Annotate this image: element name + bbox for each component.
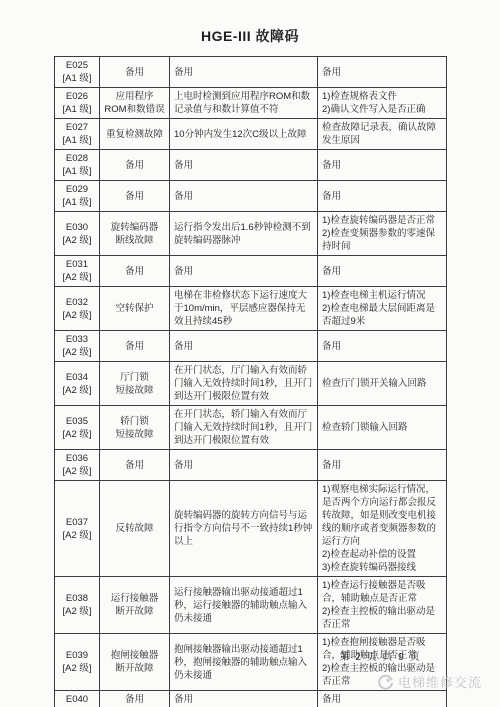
watermark-text: 电梯维修交流 (398, 672, 482, 691)
fault-code: E027 (56, 121, 98, 134)
fault-level: [A2 级] (56, 271, 98, 284)
fault-solution-cell: 备用 (318, 691, 447, 707)
fault-desc-cell: 电梯在非检修状态下运行速度大于10m/min，平层感应器保持无效且持续45秒 (170, 287, 318, 331)
fault-desc-cell: 备用 (170, 331, 318, 362)
table-row: E026 [A1 级] 应用程序 ROM和数错误 上电时检测到应用程序ROM和数… (55, 88, 447, 119)
fault-solution-cell: 1)检查电梯主机运行情况 2)检查电梯最大层间距离是否超过9米 (318, 287, 447, 331)
table-row: E030 [A2 级] 旋转编码器 断线故障 运行指令发出后1.6秒钟检测不到旋… (55, 212, 447, 256)
fault-name-cell: 运行接触器 断开故障 (100, 577, 170, 634)
fault-code-cell: E031 [A2 级] (55, 256, 100, 287)
fault-solution-cell: 检查轿门锁输入回路 (318, 406, 447, 450)
fault-code: E034 (56, 371, 98, 384)
fault-desc-cell: 上电时检测到应用程序ROM和数记录值与和数计算值不符 (170, 88, 318, 119)
fault-code-cell: E039 [A2 级] (55, 634, 100, 691)
fault-name-cell: 厅门锁 短接故障 (100, 362, 170, 406)
fault-code: E040 (56, 693, 98, 706)
fault-solution-cell: 1)检查旋转编码器是否正常 2)检查变频器参数的零速保持时间 (318, 212, 447, 256)
fault-code: E039 (56, 649, 98, 662)
fault-solution-cell: 备用 (318, 256, 447, 287)
fault-desc-cell: 在开门状态，轿门输入有效而厅门输入无效持续时间1秒，且开门到达开门极限位置有效 (170, 406, 318, 450)
fault-level: [A2 级] (56, 428, 98, 441)
fault-solution-cell: 1)检查规格表文件 2)确认文件写入是否正确 (318, 88, 447, 119)
fault-name-cell: 备用 (100, 256, 170, 287)
fault-code-cell: E029 [A1 级] (55, 181, 100, 212)
table-row: E035 [A2 级] 轿门锁 短接故障 在开门状态，轿门输入有效而厅门输入无效… (55, 406, 447, 450)
fault-solution-cell: 备用 (318, 181, 447, 212)
fault-name-cell: 抱闸接触器 断开故障 (100, 634, 170, 691)
fault-code-cell: E036 [A2 级] (55, 450, 100, 481)
fault-level: [A1 级] (56, 103, 98, 116)
fault-solution-cell: 检查厅门锁开关输入回路 (318, 362, 447, 406)
fault-name-cell: 备用 (100, 57, 170, 88)
fault-desc-cell: 旋转编码器的旋转方向信号与运行指令方向信号不一致持续1秒钟以上 (170, 481, 318, 577)
table-row: E025 [A1 级] 备用 备用 备用 (55, 57, 447, 88)
fault-level: [A2 级] (56, 384, 98, 397)
table-row: E040 备用 备用 备用 (55, 691, 447, 707)
fault-code-cell: E038 [A2 级] (55, 577, 100, 634)
fault-code-cell: E030 [A2 级] (55, 212, 100, 256)
fault-name-cell: 备用 (100, 331, 170, 362)
fault-desc-cell: 10分钟内发生12次C级以上故障 (170, 119, 318, 150)
fault-name-cell: 应用程序 ROM和数错误 (100, 88, 170, 119)
fault-level: [A2 级] (56, 309, 98, 322)
fault-code-cell: E025 [A1 级] (55, 57, 100, 88)
fault-level: [A2 级] (56, 662, 98, 675)
fault-code: E030 (56, 221, 98, 234)
table-row: E032 [A2 级] 空转保护 电梯在非检修状态下运行速度大于10m/min，… (55, 287, 447, 331)
fault-level: [A1 级] (56, 134, 98, 147)
fault-name-cell: 空转保护 (100, 287, 170, 331)
fault-code-cell: E026 [A1 级] (55, 88, 100, 119)
fault-level: [A2 级] (56, 465, 98, 478)
fault-desc-cell: 备用 (170, 256, 318, 287)
fault-code: E031 (56, 258, 98, 271)
fault-name-cell: 旋转编码器 断线故障 (100, 212, 170, 256)
fault-solution-cell: 备用 (318, 150, 447, 181)
fault-desc-cell: 运行指令发出后1.6秒钟检测不到旋转编码器脉冲 (170, 212, 318, 256)
fault-solution-cell: 备用 (318, 331, 447, 362)
fault-solution-cell: 1)观察电梯实际运行情况，是否两个方向运行都会报反转故障，如是则改变电机接线的顺… (318, 481, 447, 577)
fault-code: E028 (56, 152, 98, 165)
table-row: E033 [A2 级] 备用 备用 备用 (55, 331, 447, 362)
fault-level: [A2 级] (56, 346, 98, 359)
fault-code: E033 (56, 333, 98, 346)
fault-code-table: E025 [A1 级] 备用 备用 备用 E026 [A1 级] 应用程序 RO… (54, 56, 447, 707)
fault-code: E037 (56, 516, 98, 529)
fault-table-body: E025 [A1 级] 备用 备用 备用 E026 [A1 级] 应用程序 RO… (55, 57, 447, 707)
fault-code-cell: E027 [A1 级] (55, 119, 100, 150)
fault-code: E026 (56, 90, 98, 103)
fault-code: E029 (56, 183, 98, 196)
fault-solution-cell: 备用 (318, 450, 447, 481)
fault-name-cell: 备用 (100, 691, 170, 707)
fault-code-cell: E035 [A2 级] (55, 406, 100, 450)
swirl-logo-icon (377, 673, 394, 690)
fault-code: E035 (56, 415, 98, 428)
fault-code-cell: E037 [A2 级] (55, 481, 100, 577)
document-page: HGE-III 故障码 E025 [A1 级] 备用 备用 备用 E026 [A… (0, 0, 500, 707)
fault-code: E038 (56, 592, 98, 605)
fault-name-cell: 备用 (100, 150, 170, 181)
fault-name-cell: 反转故障 (100, 481, 170, 577)
table-row: E027 [A1 级] 重复检测故障 10分钟内发生12次C级以上故障 检查故障… (55, 119, 447, 150)
fault-code: E036 (56, 452, 98, 465)
fault-desc-cell: 备用 (170, 57, 318, 88)
fault-level: [A2 级] (56, 605, 98, 618)
fault-code-cell: E028 [A1 级] (55, 150, 100, 181)
fault-solution-cell: 备用 (318, 57, 447, 88)
table-row: E034 [A2 级] 厅门锁 短接故障 在开门状态，厅门输入有效而轿门输入无效… (55, 362, 447, 406)
fault-level: [A1 级] (56, 165, 98, 178)
fault-code: E032 (56, 296, 98, 309)
fault-code: E025 (56, 59, 98, 72)
fault-name-cell: 备用 (100, 181, 170, 212)
fault-code-cell: E040 (55, 691, 100, 707)
fault-solution-cell: 检查故障记录表，确认故障发生原因 (318, 119, 447, 150)
fault-desc-cell: 备用 (170, 150, 318, 181)
fault-level: [A1 级] (56, 72, 98, 85)
table-row: E028 [A1 级] 备用 备用 备用 (55, 150, 447, 181)
fault-desc-cell: 抱闸接触器输出驱动接通超过1秒，抱闸接触器的辅助触点输入仍未接通 (170, 634, 318, 691)
fault-name-cell: 备用 (100, 450, 170, 481)
watermark: 电梯维修交流 (377, 672, 482, 691)
fault-name-cell: 轿门锁 短接故障 (100, 406, 170, 450)
fault-code-cell: E034 [A2 级] (55, 362, 100, 406)
fault-desc-cell: 在开门状态，厅门输入有效而轿门输入无效持续时间1秒，且开门到达开门极限位置有效 (170, 362, 318, 406)
table-row: E031 [A2 级] 备用 备用 备用 (55, 256, 447, 287)
table-row: E029 [A1 级] 备用 备用 备用 (55, 181, 447, 212)
fault-name-cell: 重复检测故障 (100, 119, 170, 150)
fault-code-cell: E033 [A2 级] (55, 331, 100, 362)
fault-code-cell: E032 [A2 级] (55, 287, 100, 331)
fault-level: [A2 级] (56, 529, 98, 542)
fault-desc-cell: 备用 (170, 450, 318, 481)
fault-level: [A1 级] (56, 196, 98, 209)
fault-desc-cell: 运行接触器输出驱动接通超过1秒，运行接触器的辅助触点输入仍未接通 (170, 577, 318, 634)
fault-desc-cell: 备用 (170, 691, 318, 707)
page-title: HGE-III 故障码 (0, 26, 500, 46)
fault-desc-cell: 备用 (170, 181, 318, 212)
table-row: E036 [A2 级] 备用 备用 备用 (55, 450, 447, 481)
table-row: E037 [A2 级] 反转故障 旋转编码器的旋转方向信号与运行指令方向信号不一… (55, 481, 447, 577)
page-number: 第 2 页 共 9 页 (339, 648, 421, 663)
table-row: E038 [A2 级] 运行接触器 断开故障 运行接触器输出驱动接通超过1秒，运… (55, 577, 447, 634)
fault-level: [A2 级] (56, 234, 98, 247)
fault-solution-cell: 1)检查运行接触器是否吸合，辅助触点是否正常 2)检查主控板的输出驱动是否正常 (318, 577, 447, 634)
